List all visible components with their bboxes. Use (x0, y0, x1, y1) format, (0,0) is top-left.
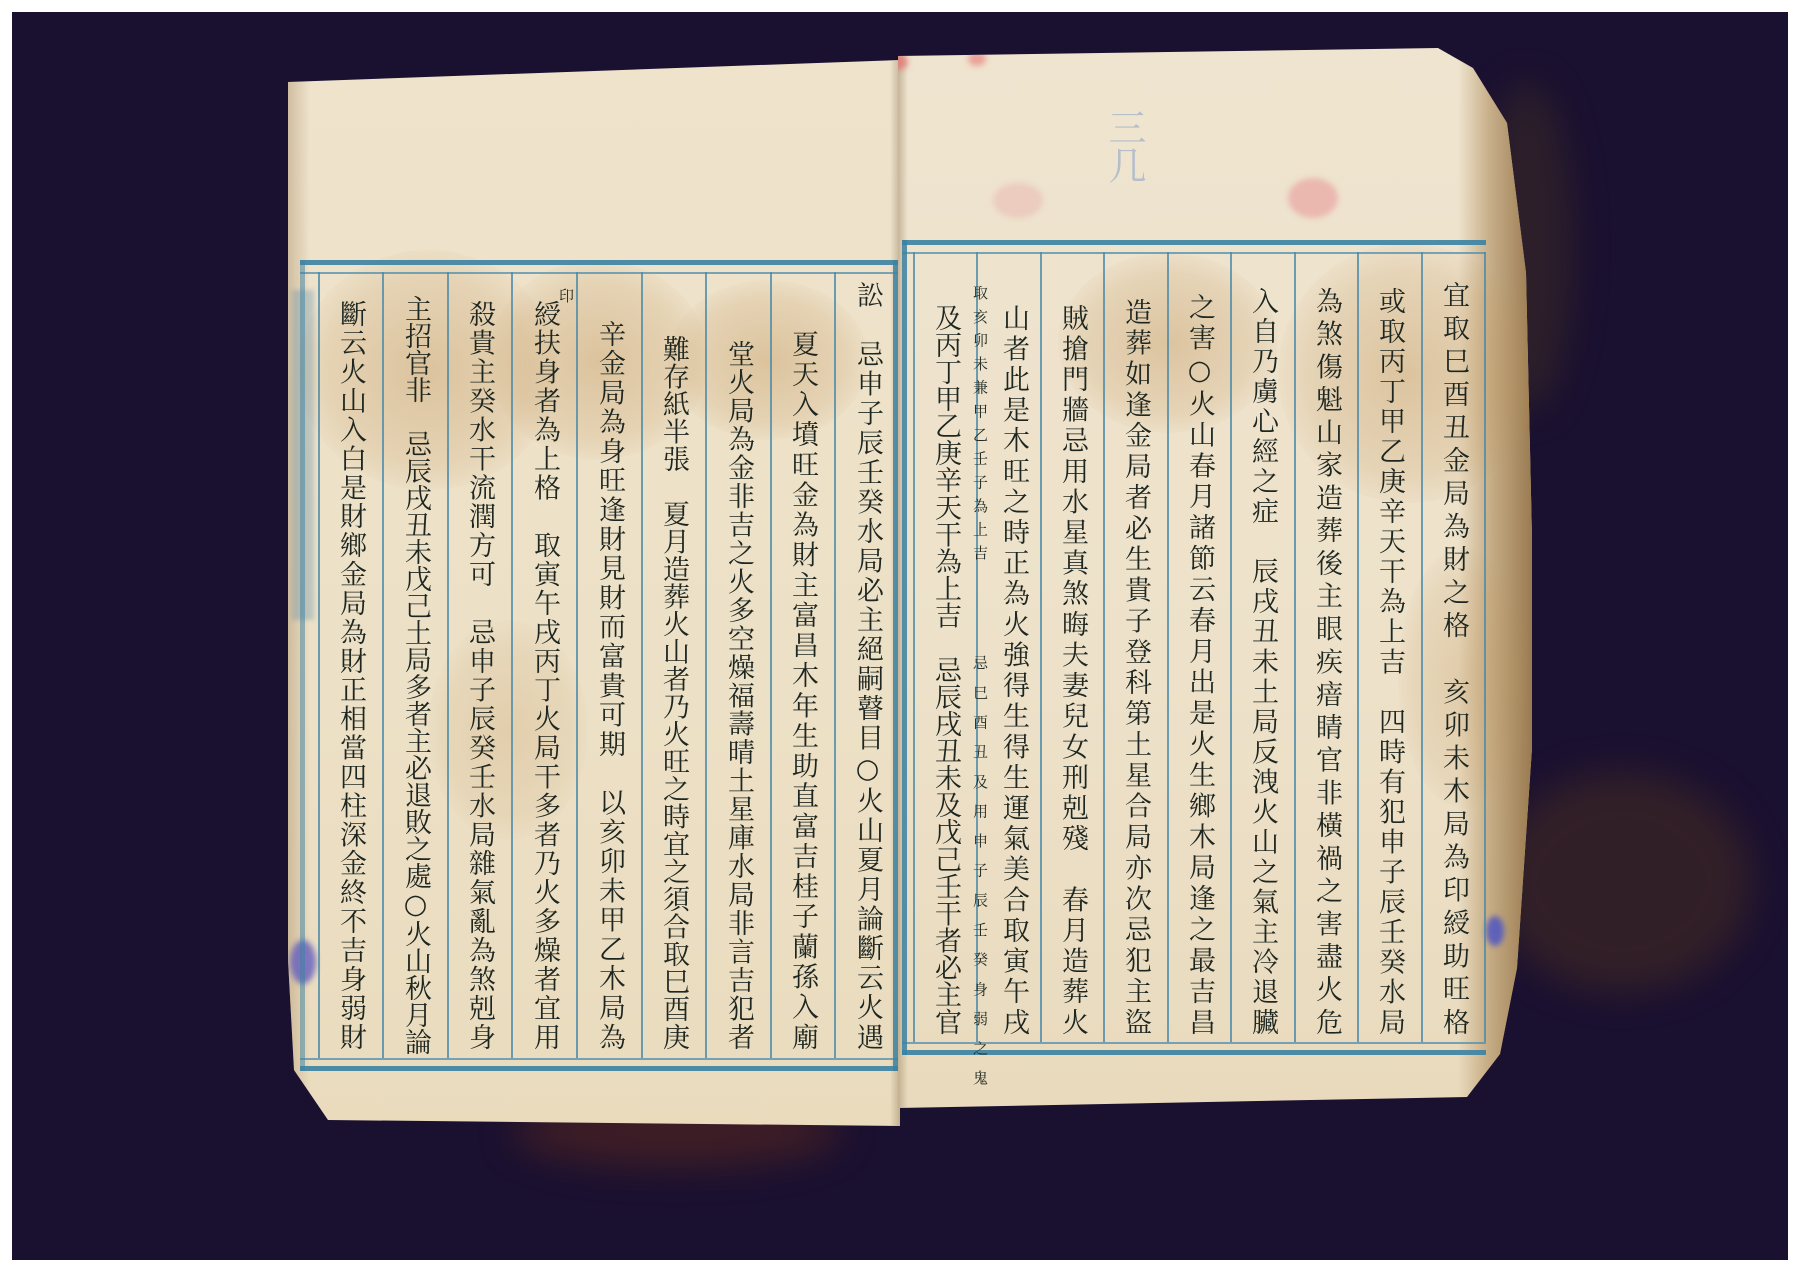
column-rule (1357, 252, 1359, 1042)
frame-top-border (300, 260, 900, 265)
column-rule (1167, 252, 1169, 1042)
column-rule (1103, 252, 1105, 1042)
frame-top-border (902, 240, 1486, 245)
pink-smudge (1288, 178, 1338, 218)
frame-left-border (902, 240, 907, 1055)
right-page: 三几 宜取巳酉丑金局為財之格 亥卯未木局為印綬助旺格 或取丙丁甲乙庚辛天干為上吉… (898, 48, 1538, 1110)
interlinear-note: 忌巳酉丑及用申子辰壬癸身弱之鬼 (970, 655, 990, 1085)
text-column: 造葬如逢金局者必生貴子登科第土星合局亦次忌犯主盜 (1115, 298, 1155, 1035)
ink-blot (1486, 916, 1504, 946)
column-rule (770, 272, 772, 1058)
water-stain (428, 620, 588, 840)
frame-right-border (893, 260, 898, 1071)
text-column: 難存紙半張 夏月造葬火山者乃火旺之時宜之須合取巳酉庚 (653, 335, 693, 1050)
left-page: 訟 忌申子辰壬癸水局必主絕嗣瞽目○火山夏月論斷云火遇 夏天入墳旺金為財主富昌木年… (288, 60, 900, 1126)
column-rule (447, 272, 449, 1058)
text-column: 賊搶門牆忌用水星真煞晦夫妻兒女刑剋殘 春月造葬火 (1052, 304, 1092, 1035)
text-column: 辛金局為身旺逢財見財而富貴可期 以亥卯未甲乙木局為 (589, 320, 629, 1050)
column-rule (1421, 252, 1423, 1042)
column-rule (1230, 252, 1232, 1042)
text-column: 殺貴主癸水干流潤方可 忌申子辰癸壬水局雜氣亂為煞剋身 (459, 300, 499, 1050)
text-column: 訟 忌申子辰壬癸水局必主絕嗣瞽目○火山夏月論斷云火遇 (847, 281, 887, 1050)
water-stain (668, 280, 868, 440)
text-column: 綬扶身者為上格 取寅午戌丙丁火局干多者乃火多燥者宜用 (524, 300, 564, 1050)
frame-top-inner (300, 272, 900, 274)
frame-bottom-border (300, 1066, 900, 1071)
frame-top-inner (902, 252, 1486, 254)
frame-left-border (300, 260, 305, 1071)
interlinear-note: 印 (556, 288, 576, 308)
faint-blue-character: 三几 (1104, 108, 1144, 184)
text-column: 之害○火山春月諸節云春月出是火生鄉木局逢之最吉昌 (1179, 293, 1219, 1035)
frame-bottom-inner (300, 1058, 900, 1060)
hand-shadow-right (1492, 772, 1752, 992)
pink-smudge (993, 183, 1043, 218)
interlinear-note: 取亥卯未兼甲乙壬子為上吉 (970, 285, 990, 560)
text-column: 夏天入墳旺金為財主富昌木年生助直富吉桂子蘭孫入廟 (782, 330, 822, 1050)
column-rule (1294, 252, 1296, 1042)
text-column: 入自乃虜心經之症 辰戌丑未土局反洩火山之氣主冷退臟 (1242, 287, 1282, 1035)
text-column: 主招官非 忌辰戌丑未戊己土局多者主必退敗之處○火山秋月論 (395, 295, 435, 1050)
column-rule (641, 272, 643, 1058)
text-column: 宜取巳酉丑金局為財之格 亥卯未木局為印綬助旺格 (1433, 281, 1473, 1035)
text-column: 堂火局為金非吉之火多空燥福壽晴土星庫水局非言吉犯者 (718, 340, 758, 1050)
text-column: 斷云火山入白是財鄉金局為財正相當四柱深金終不吉身弱財 (330, 300, 370, 1050)
column-rule (1484, 252, 1486, 1042)
column-rule (705, 272, 707, 1058)
column-rule (834, 272, 836, 1058)
text-column: 或取丙丁甲乙庚辛天干為上吉 四時有犯申子辰壬癸水局 (1369, 287, 1409, 1035)
text-column: 及丙丁甲乙庚辛天干為上吉 忌辰戌丑未及戊己壬干者必主官 (925, 304, 965, 1035)
column-rule (318, 272, 320, 1058)
column-rule (1040, 252, 1042, 1042)
column-rule (913, 252, 915, 1042)
column-rule (382, 272, 384, 1058)
text-column: 山者此是木旺之時正為火強得生得生運氣美合取寅午戌 (993, 304, 1033, 1035)
text-column: 為煞傷魁山家造葬後主眼疾瘖睛官非橫禍之害盡火危 (1306, 287, 1346, 1035)
column-rule (511, 272, 513, 1058)
column-rule (576, 272, 578, 1058)
